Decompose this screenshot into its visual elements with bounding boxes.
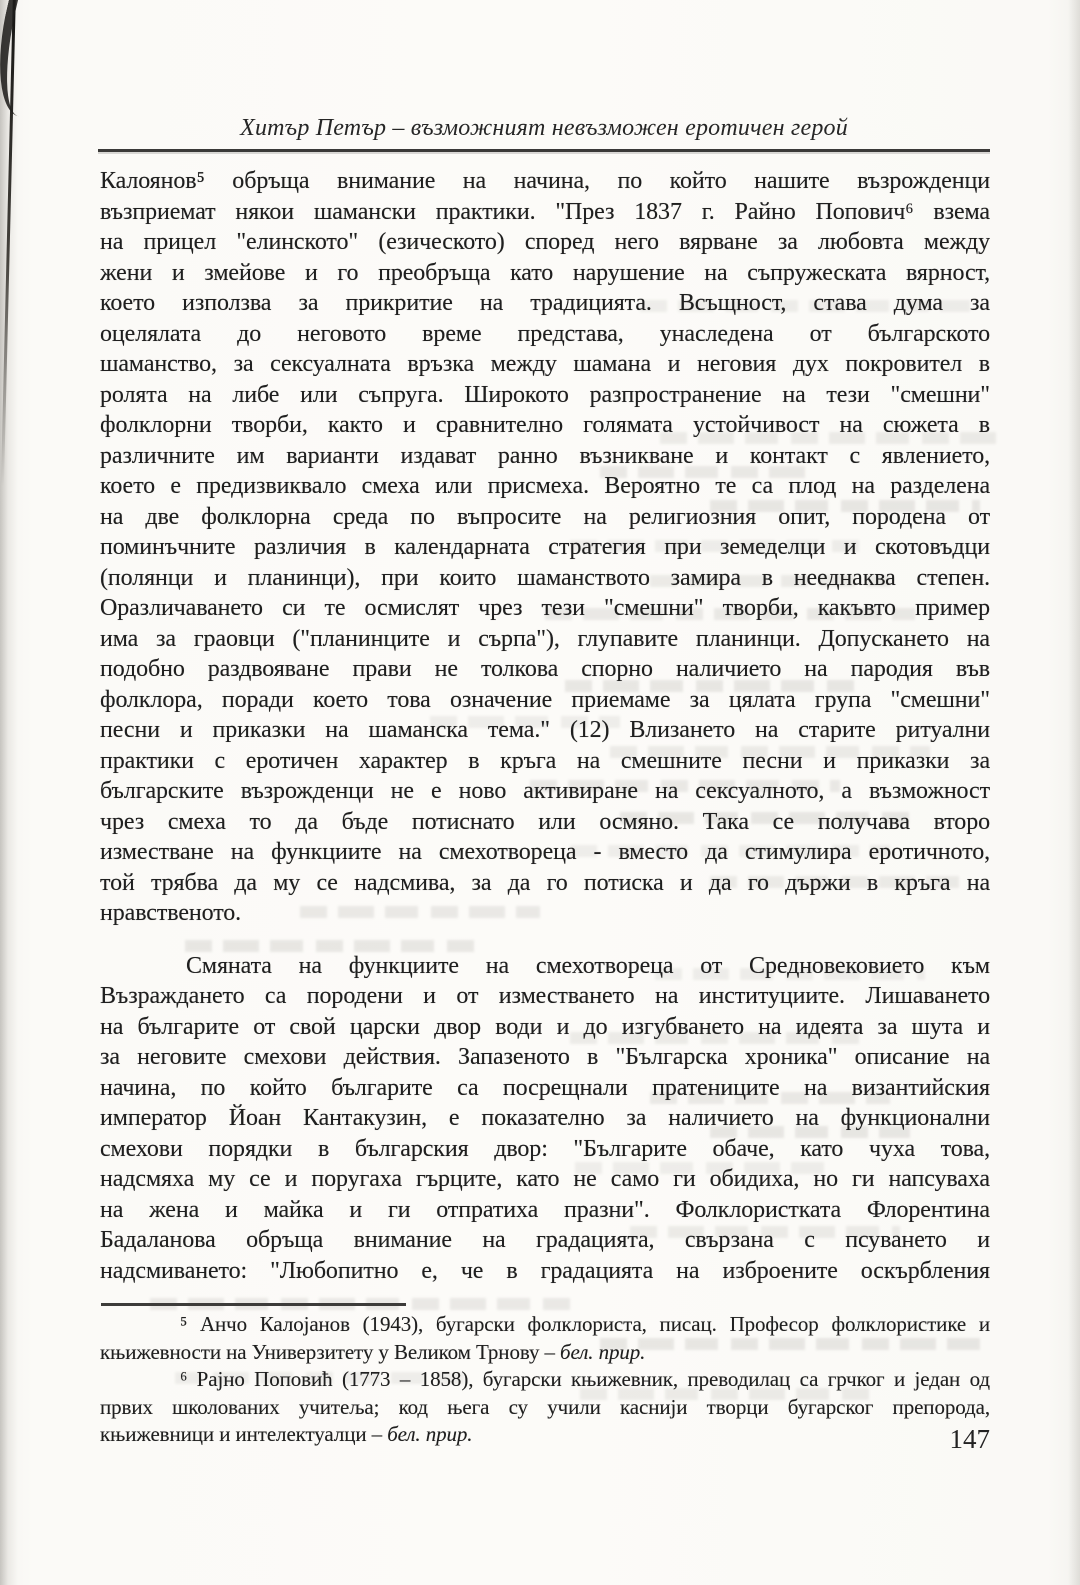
scan-corner-artifact: [0, 0, 67, 120]
page-number: 147: [100, 1424, 990, 1455]
text-line: ⁵ Анчо Калојанов (1943), бугарски фолкло…: [100, 1311, 990, 1339]
body-text: Калоянов⁵ обръща внимание на начина, по …: [100, 166, 990, 1286]
text-line: књижевности на Универзитету у Великом Тр…: [100, 1339, 990, 1367]
text-line: смехови порядки в българския двор: "Бълг…: [100, 1134, 990, 1165]
paragraph: Калоянов⁵ обръща внимание на начина, по …: [100, 166, 990, 929]
paragraph: Смяната на функциите на смехотвореца от …: [100, 951, 990, 1287]
text-line: (полянци и планинци), при които шаманств…: [100, 563, 990, 594]
text-line: различните им варианти издават ранно въз…: [100, 441, 990, 472]
scan-right-edge-shadow: [1068, 0, 1080, 1585]
text-line: за неговите смехови действия. Запазеното…: [100, 1042, 990, 1073]
text-line: поминъчните различия в календарната стра…: [100, 532, 990, 563]
text-line: фолклора, поради което това означение пр…: [100, 685, 990, 716]
text-line: император Йоан Кантакузин, е показателно…: [100, 1103, 990, 1134]
text-line: чрез смеха то да бъде потиснато или осмя…: [100, 807, 990, 838]
text-line: ⁶ Рајно Поповић (1773 – 1858), бугарски …: [100, 1366, 990, 1394]
footnote-separator-rule: [101, 1303, 406, 1306]
text-line: на българите от свой царски двор води и …: [100, 1012, 990, 1043]
running-header-title: Хитър Петър – възможният невъзможен ерот…: [100, 113, 988, 143]
text-line: нравственото.: [100, 898, 990, 929]
text-line: оцелялата до неговото време представа, у…: [100, 319, 990, 350]
text-line: което е предизвиквало смеха или присмеха…: [100, 471, 990, 502]
text-line: надсмиването: "Любопитно е, че в градаци…: [100, 1256, 990, 1287]
text-line: песни и приказки на шаманска тема." (12)…: [100, 715, 990, 746]
text-line: Възраждането са породени и от изместване…: [100, 981, 990, 1012]
scanned-book-page: Хитър Петър – възможният невъзможен ерот…: [0, 0, 1080, 1585]
text-line: шаманство, за сексуалната връзка между ш…: [100, 349, 990, 380]
text-line: фолклорни творби, както и сравнително го…: [100, 410, 990, 441]
text-line: на две фолклорна среда по въпросите на р…: [100, 502, 990, 533]
text-line: българските възрожденци не е ново активи…: [100, 776, 990, 807]
text-line: което използва за прикритие на традицият…: [100, 288, 990, 319]
text-line: възприемат някои шамански практики. "Пре…: [100, 197, 990, 228]
text-line: на прицел "елинското" (езическото) споре…: [100, 227, 990, 258]
text-line: надсмяха му се и поругаха гърците, като …: [100, 1164, 990, 1195]
text-line: практики с еротичен характер в кръга на …: [100, 746, 990, 777]
paragraph: ⁵ Анчо Калојанов (1943), бугарски фолкло…: [100, 1311, 990, 1366]
text-line: начина, по който българите са посрещнали…: [100, 1073, 990, 1104]
text-line: Смяната на функциите на смехотвореца от …: [100, 951, 990, 982]
text-line: подобно раздвояване прави не толкова спо…: [100, 654, 990, 685]
text-line: Бадаланова обръща внимание на градацията…: [100, 1225, 990, 1256]
text-line: ролята на либе или съпруга. Широкото раз…: [100, 380, 990, 411]
header-rule: [98, 149, 990, 152]
text-line: првих школованих учитеља; код њега су уч…: [100, 1394, 990, 1422]
text-line: той трябва да му се надсмива, за да го п…: [100, 868, 990, 899]
text-line: изместване на функциите на смехотвореца …: [100, 837, 990, 868]
text-line: Оразличаването си те осмислят чрез тези …: [100, 593, 990, 624]
text-line: на жена и майка и ги отпратиха празни". …: [100, 1195, 990, 1226]
text-line: жени и змейове и го преобръща като наруш…: [100, 258, 990, 289]
text-line: Калоянов⁵ обръща внимание на начина, по …: [100, 166, 990, 197]
text-line: има за граовци ("планинците и сърпа"), г…: [100, 624, 990, 655]
